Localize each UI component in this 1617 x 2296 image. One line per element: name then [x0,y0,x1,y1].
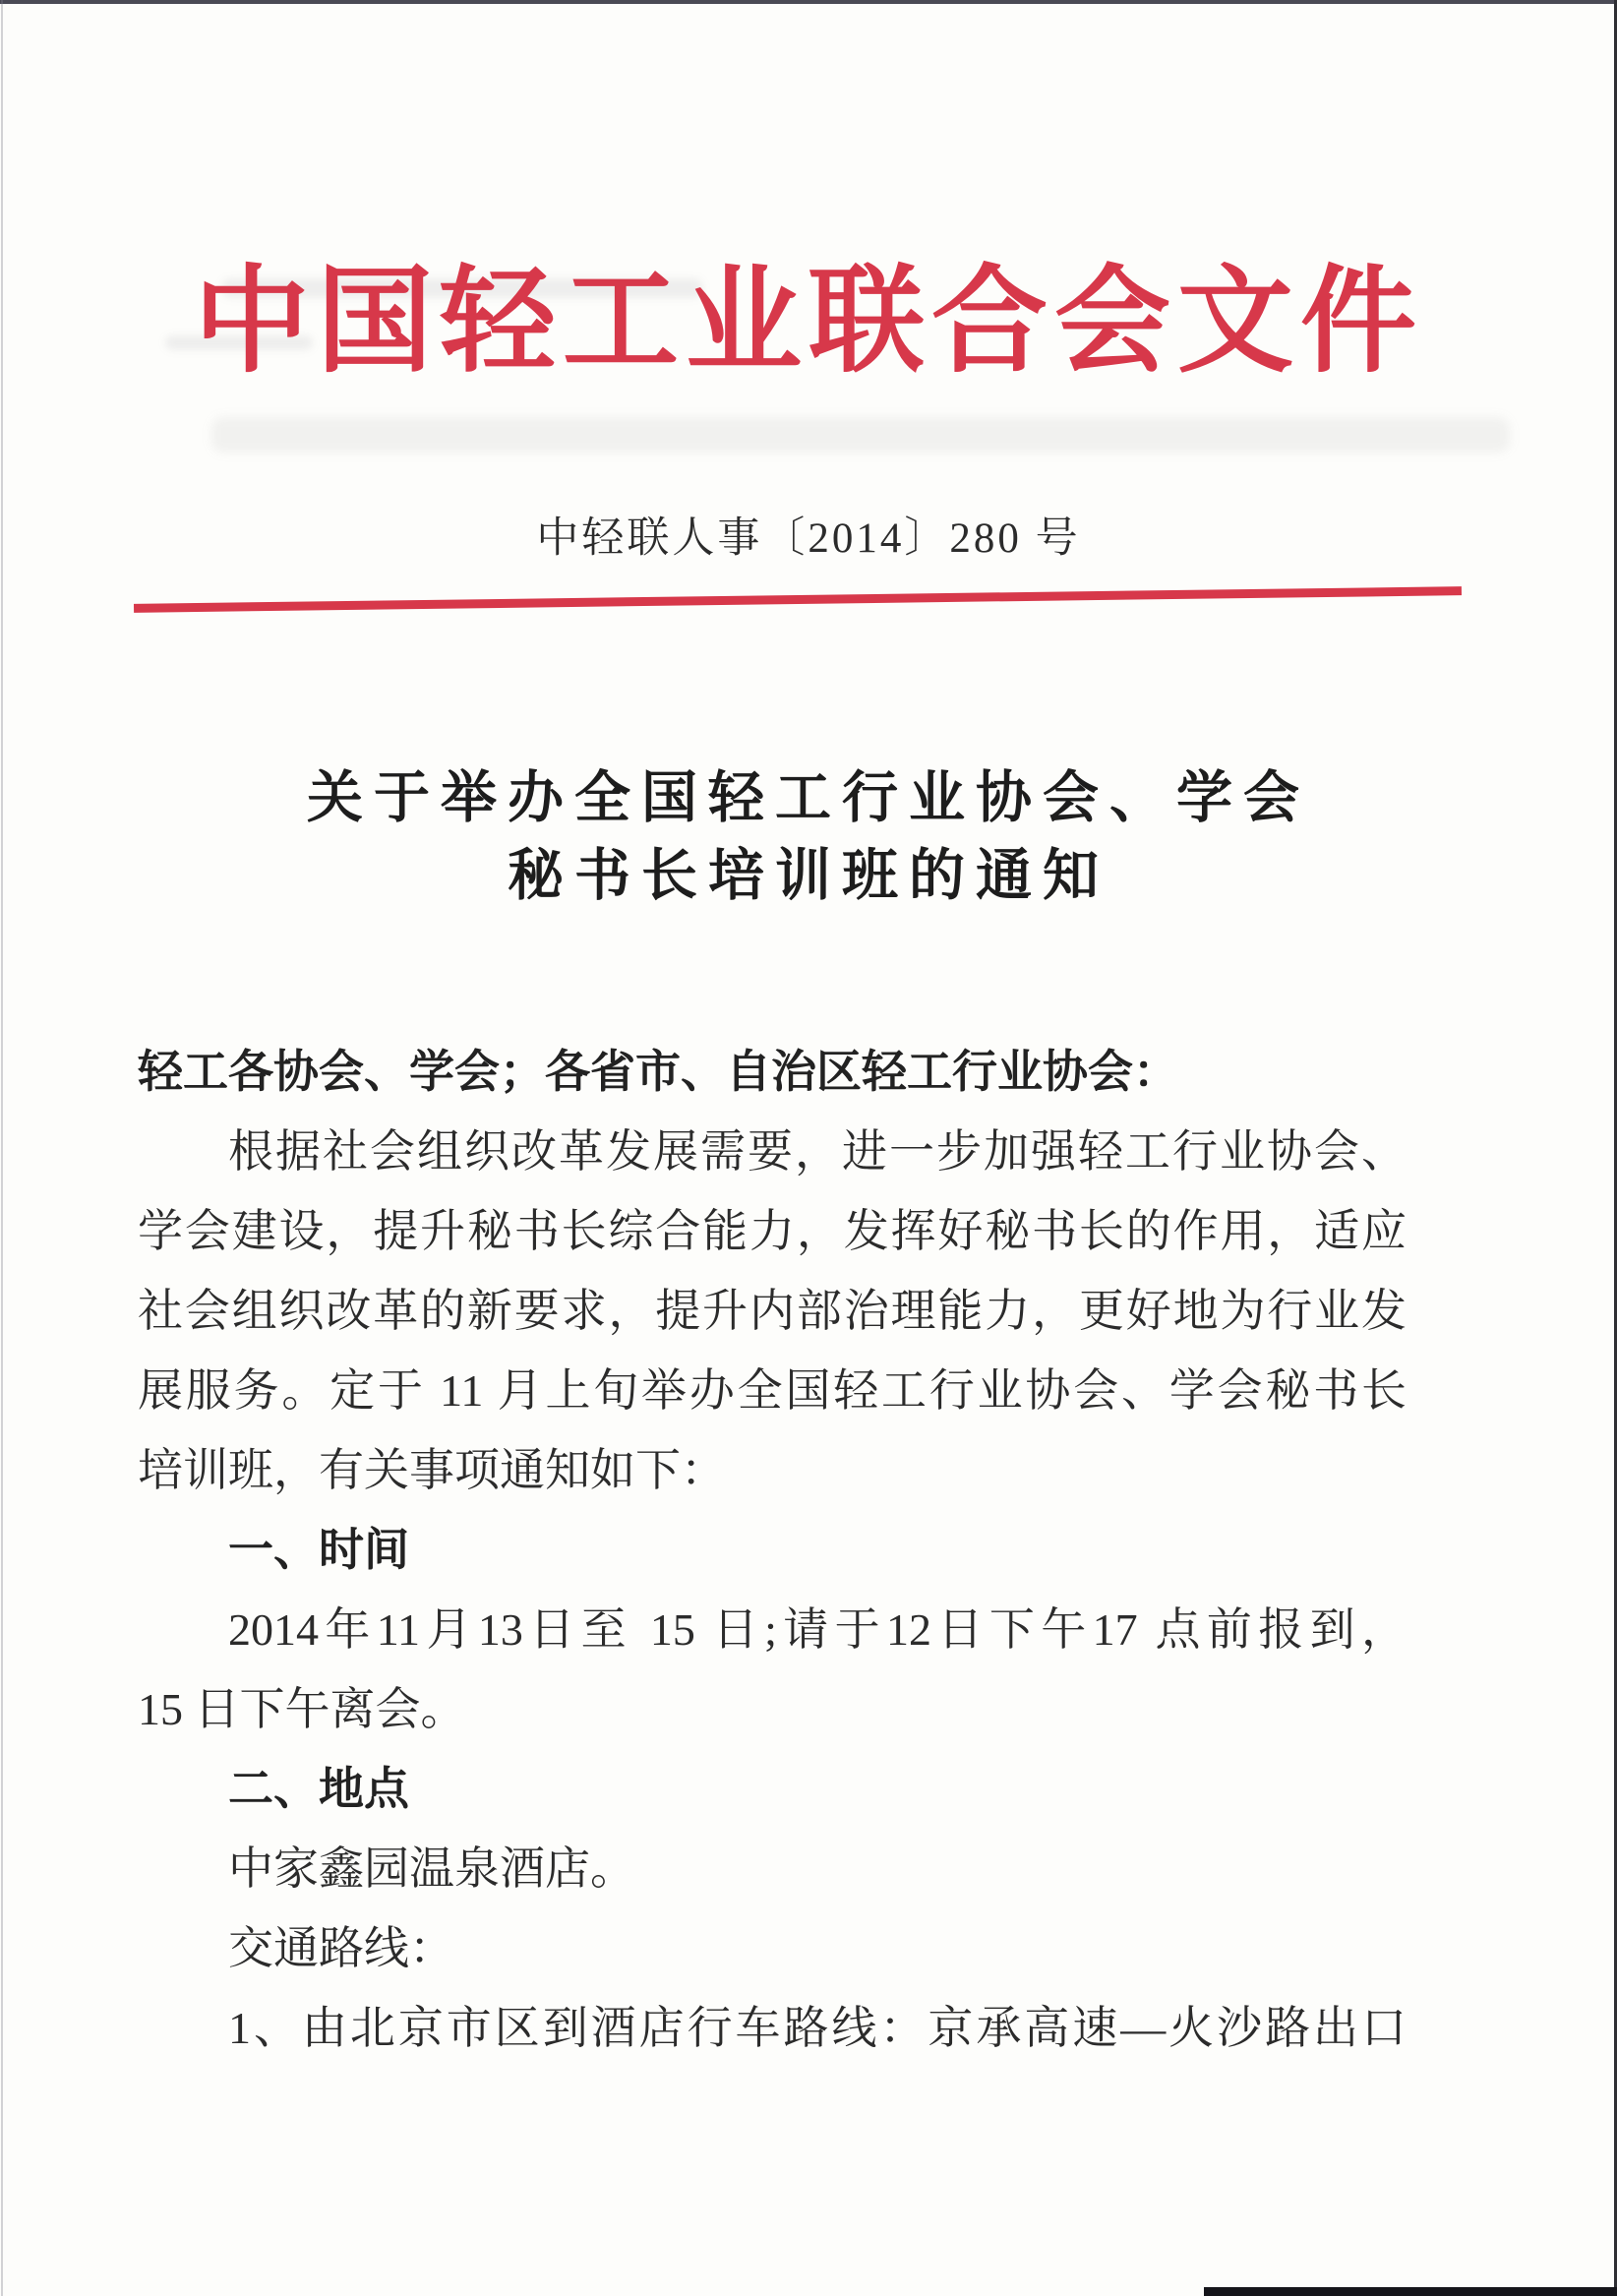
route-intro-line: 交通路线： [138,1908,1407,1988]
section-heading-location: 二、地点 [138,1749,1407,1829]
section-heading-time: 一、时间 [138,1510,1407,1590]
location-line: 中家鑫园温泉酒店。 [138,1829,1407,1908]
document-body: 轻工各协会、学会；各省市、自治区轻工行业协会： 根据社会组织改革发展需要，进一步… [138,1032,1407,2068]
document-number: 中轻联人事〔2014〕280 号 [0,514,1617,565]
scanned-document-page: 中国轻工业联合会文件 中轻联人事〔2014〕280 号 关于举办全国轻工行业协会… [0,0,1617,2296]
scan-edge-top [0,0,1617,4]
document-title: 关于举办全国轻工行业协会、学会 秘书长培训班的通知 [0,759,1617,915]
intro-paragraph-line-1: 根据社会组织改革发展需要，进一步加强轻工行业协会、 [138,1112,1407,1191]
masthead-title: 中国轻工业联合会文件 [0,244,1617,401]
route-detail-line: 1、由北京市区到酒店行车路线：京承高速—火沙路出口 [138,1988,1407,2068]
time-detail-line-1: 2014年11月13日至 15 日;请于12日下午17 点前报到， [138,1590,1407,1669]
time-detail-line-2: 15 日下午离会。 [138,1669,1407,1749]
salutation-line: 轻工各协会、学会；各省市、自治区轻工行业协会： [138,1032,1407,1112]
document-title-line-2: 秘书长培训班的通知 [508,845,1109,907]
scan-corner-bottom-right [1204,2287,1617,2296]
intro-paragraph-line-4: 展服务。定于 11 月上旬举办全国轻工行业协会、学会秘书长 [138,1351,1407,1430]
red-divider-line [134,586,1462,613]
intro-paragraph-line-5: 培训班，有关事项通知如下： [138,1430,1407,1510]
intro-paragraph-line-2: 学会建设，提升秘书长综合能力，发挥好秘书长的作用，适应 [138,1191,1407,1271]
intro-paragraph-line-3: 社会组织改革的新要求，提升内部治理能力，更好地为行业发 [138,1271,1407,1351]
document-title-line-1: 关于举办全国轻工行业协会、学会 [307,767,1310,829]
ink-bleed-artifact [211,417,1510,453]
